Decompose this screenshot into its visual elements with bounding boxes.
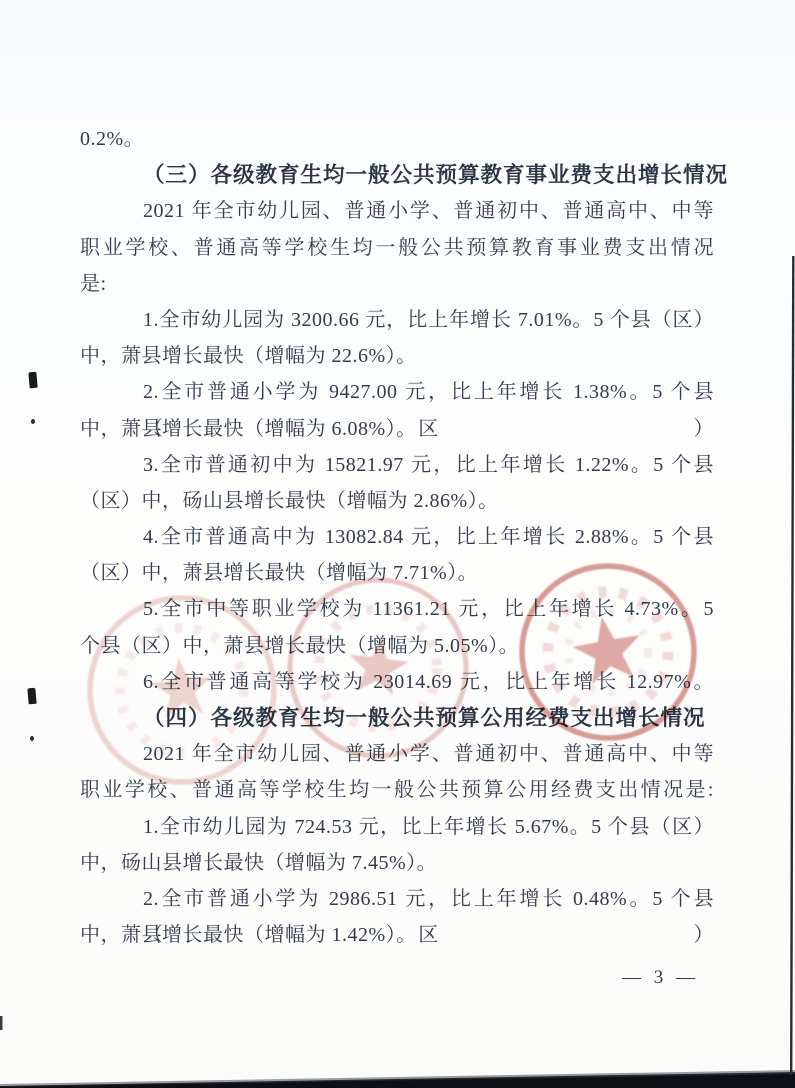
scan-artifact-mark (28, 372, 37, 389)
scan-artifact-mark (27, 688, 36, 705)
scan-artifact-mark (30, 736, 34, 741)
text-line: 0.2%。 (80, 121, 714, 157)
text-line: 中，砀山县增长最快（增幅为 7.45%）。 (80, 845, 714, 881)
section-heading: （四）各级教育生均一般公共预算公用经费支出增长情况 (80, 700, 714, 736)
scan-artifact-mark (31, 419, 35, 424)
text-line: 中，萧县增长最快（增幅为 22.6%）。 (80, 338, 714, 374)
text-line: 2.全市普通小学为 9427.00 元，比上年增长 1.38%。5 个县（区） (80, 374, 714, 410)
scanned-document-page: 0.2%。（三）各级教育生均一般公共预算教育事业费支出增长情况2021 年全市幼… (0, 0, 795, 1088)
text-line: 6.全市普通高等学校为 23014.69 元，比上年增长 12.97%。 (80, 664, 714, 700)
text-line: （区）中，砀山县增长最快（增幅为 2.86%）。 (80, 483, 714, 519)
page-number: — 3 — (588, 967, 733, 989)
text-line: 1.全市幼儿园为 724.53 元，比上年增长 5.67%。5 个县（区） (80, 809, 714, 845)
text-line: 5.全市中等职业学校为 11361.21 元，比上年增长 4.73%。5 (80, 591, 714, 627)
text-block: 0.2%。（三）各级教育生均一般公共预算教育事业费支出增长情况2021 年全市幼… (80, 121, 714, 953)
text-line: 2021 年全市幼儿园、普通小学、普通初中、普通高中、中等 (80, 193, 714, 229)
section-heading: （三）各级教育生均一般公共预算教育事业费支出增长情况 (80, 157, 714, 193)
text-line: 2021 年全市幼儿园、普通小学、普通初中、普通高中、中等 (80, 736, 714, 772)
text-line: 职业学校、普通高等学校生均一般公共预算教育事业费支出情况 (80, 230, 714, 266)
page-edge-line (791, 256, 793, 1075)
text-line: 个县（区）中，萧县增长最快（增幅为 5.05%）。 (80, 628, 714, 664)
text-line: 是: (80, 266, 714, 302)
scanner-bottom-strip (0, 1072, 795, 1088)
text-line: 1.全市幼儿园为 3200.66 元，比上年增长 7.01%。5 个县（区） (80, 302, 714, 338)
scan-artifact-sliver (0, 1016, 3, 1030)
text-line: 职业学校、普通高等学校生均一般公共预算公用经费支出情况是: (80, 772, 714, 808)
text-line: 4.全市普通高中为 13082.84 元，比上年增长 2.88%。5 个县 (80, 519, 714, 555)
text-line: 3.全市普通初中为 15821.97 元，比上年增长 1.22%。5 个县 (80, 447, 714, 483)
text-line: 2.全市普通小学为 2986.51 元，比上年增长 0.48%。5 个县（区） (80, 881, 714, 917)
text-line: （区）中，萧县增长最快（增幅为 7.71%）。 (80, 555, 714, 591)
